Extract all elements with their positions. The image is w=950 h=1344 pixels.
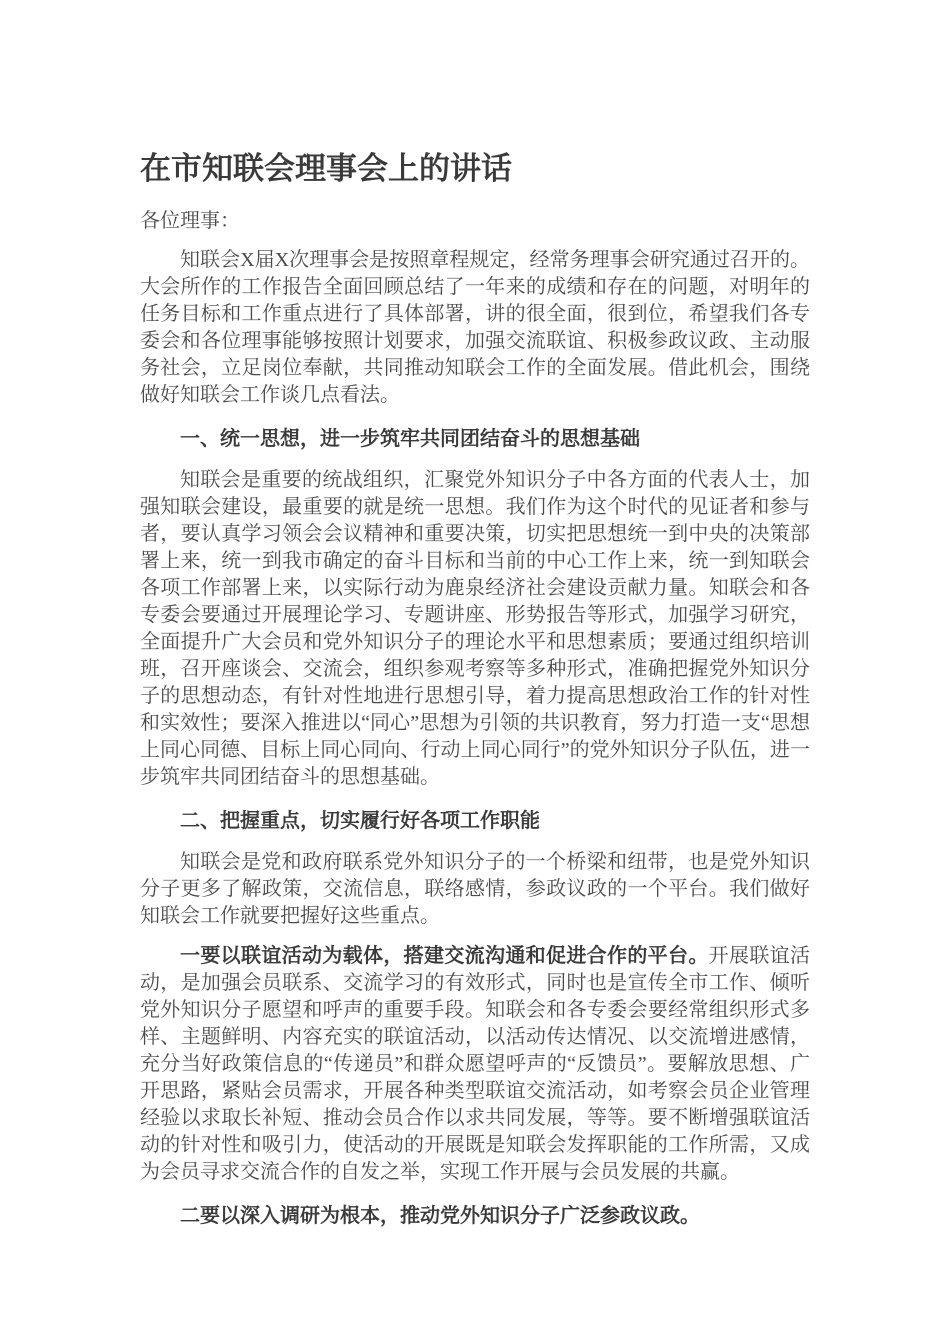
document-title: 在市知联会理事会上的讲话 <box>140 150 810 188</box>
paragraph-point-1: 一要以联谊活动为载体，搭建交流沟通和促进合作的平台。开展联谊活动，是加强会员联系… <box>140 943 810 1186</box>
section-heading-1: 一、统一思想，进一步筑牢共同团结奋斗的思想基础 <box>140 426 810 453</box>
paragraph-point-1-text: 开展联谊活动，是加强会员联系、交流学习的有效形式，同时也是宣传全市工作、倾听党外… <box>140 945 810 1183</box>
paragraph-section1-body: 知联会是重要的统战组织，汇聚党外知识分子中各方面的代表人士，加强知联会建设，最重… <box>140 467 810 791</box>
paragraph-intro: 知联会X届X次理事会是按照章程规定，经常务理事会研究通过召开的。大会所作的工作报… <box>140 247 810 409</box>
salutation: 各位理事： <box>140 208 810 235</box>
paragraph-point-1-lead: 一要以联谊活动为载体，搭建交流沟通和促进合作的平台。 <box>180 945 709 967</box>
paragraph-section2-body: 知联会是党和政府联系党外知识分子的一个桥梁和纽带，也是党外知识分子更多了解政策，… <box>140 849 810 930</box>
paragraph-point-2-heading: 二要以深入调研为根本，推动党外知识分子广泛参政议政。 <box>140 1203 810 1230</box>
document-page: 在市知联会理事会上的讲话 各位理事： 知联会X届X次理事会是按照章程规定，经常务… <box>140 0 810 1230</box>
section-heading-2: 二、把握重点，切实履行好各项工作职能 <box>140 808 810 835</box>
